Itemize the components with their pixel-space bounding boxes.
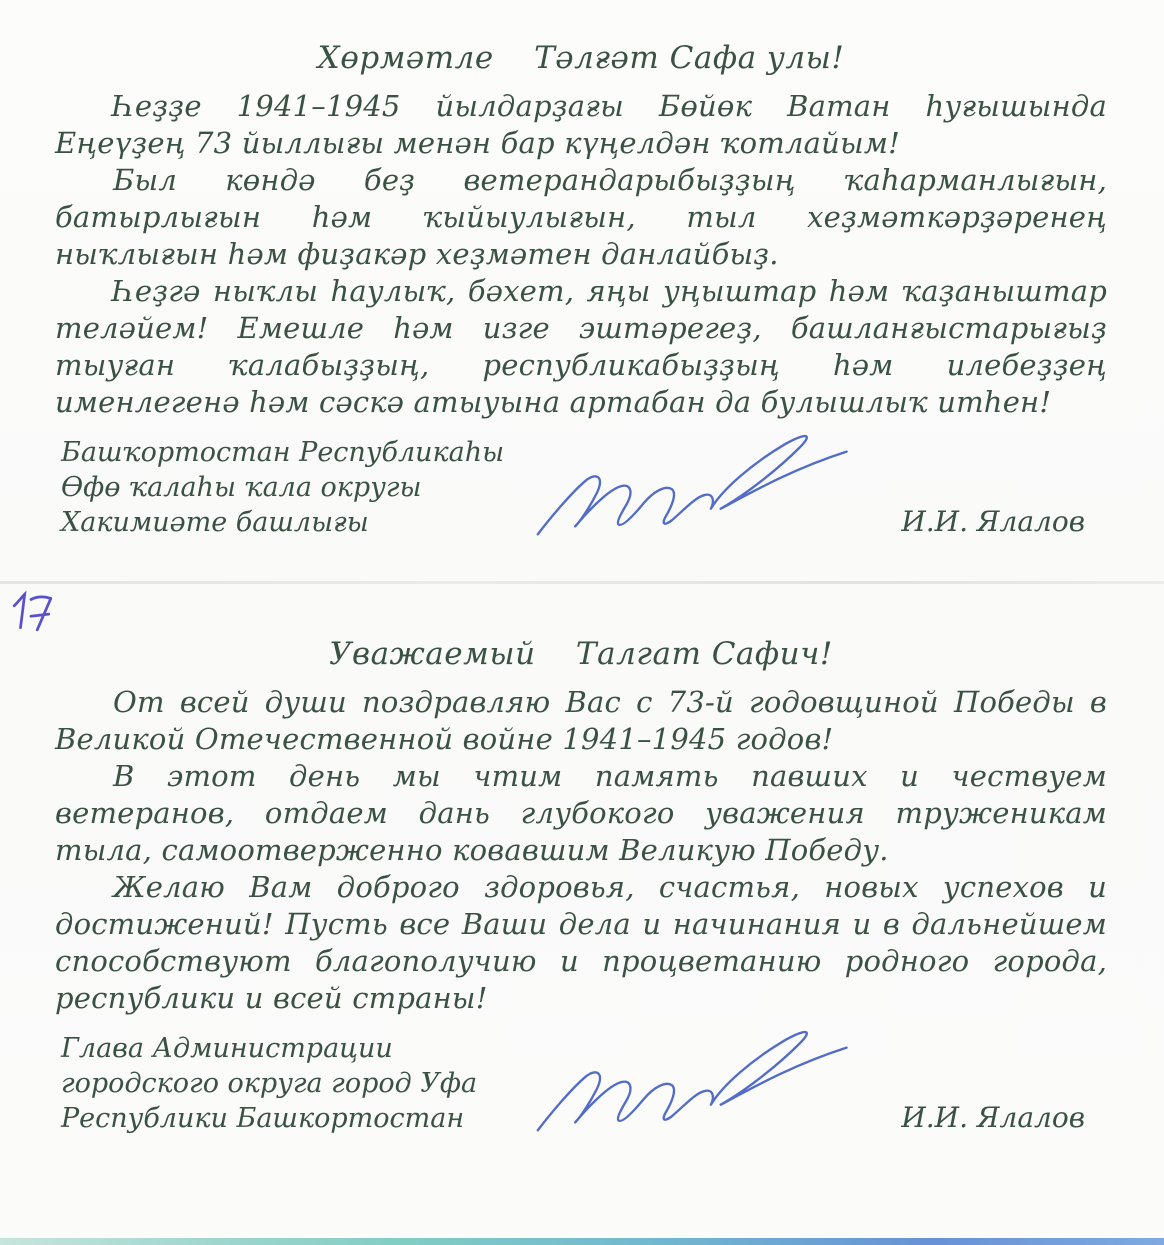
- card-boundary-line: [0, 581, 1164, 584]
- letter-paragraph: От всей души поздравляю Вас с 73-й годов…: [55, 684, 1107, 758]
- signer-position: Глава Администрации городского округа го…: [55, 1031, 477, 1136]
- handwritten-signature-icon: [505, 432, 905, 550]
- letter-paragraph: Һеҙҙе 1941–1945 йылдарҙағы Бөйөк Ватан һ…: [55, 88, 1107, 162]
- signer-name: И.И. Ялалов: [901, 505, 1107, 540]
- signature-block: Глава Администрации городского округа го…: [55, 1031, 1107, 1136]
- scanner-edge-strip: [0, 1238, 1164, 1245]
- letter-bashkir: Хөрмәтле Тәлғәт Сафа улы! Һеҙҙе 1941–194…: [55, 40, 1107, 540]
- letter-russian: Уважаемый Талгат Сафич! От всей души поз…: [55, 636, 1107, 1136]
- signer-position: Башҡортостан Республикаһы Өфө ҡалаһы ҡал…: [55, 435, 504, 540]
- handwritten-signature-icon: [505, 1028, 905, 1146]
- scanned-page: Хөрмәтле Тәлғәт Сафа улы! Һеҙҙе 1941–194…: [0, 0, 1164, 1245]
- handwritten-page-number: [6, 588, 58, 634]
- signer-position-line: Өфө ҡалаһы ҡала округы: [61, 470, 504, 505]
- signer-name: И.И. Ялалов: [901, 1101, 1107, 1136]
- signer-position-line: Глава Администрации: [61, 1031, 477, 1066]
- letter-paragraph: Һеҙгә ныҡлы һаулыҡ, бәхет, яңы уңыштар һ…: [55, 273, 1107, 421]
- signer-position-line: Башҡортостан Республикаһы: [61, 435, 504, 470]
- signer-position-line: городского округа город Уфа: [61, 1066, 477, 1101]
- signature-block: Башҡортостан Республикаһы Өфө ҡалаһы ҡал…: [55, 435, 1107, 540]
- salutation-addressee: Тәлғәт Сафа улы!: [534, 40, 844, 76]
- letter-salutation: Хөрмәтле Тәлғәт Сафа улы!: [55, 40, 1107, 76]
- signer-position-line: Хакимиәте башлығы: [61, 505, 504, 540]
- letter-paragraph: Был көндә беҙ ветерандарыбыҙҙың ҡаһарман…: [55, 162, 1107, 273]
- salutation-greeting: Хөрмәтле: [318, 40, 494, 76]
- salutation-greeting: Уважаемый: [329, 636, 535, 672]
- letter-paragraph: В этот день мы чтим память павших и чест…: [55, 758, 1107, 869]
- letter-paragraph: Желаю Вам доброго здоровья, счастья, нов…: [55, 869, 1107, 1017]
- signer-position-line: Республики Башкортостан: [61, 1101, 477, 1136]
- salutation-addressee: Талгат Сафич!: [576, 636, 833, 672]
- letter-salutation: Уважаемый Талгат Сафич!: [55, 636, 1107, 672]
